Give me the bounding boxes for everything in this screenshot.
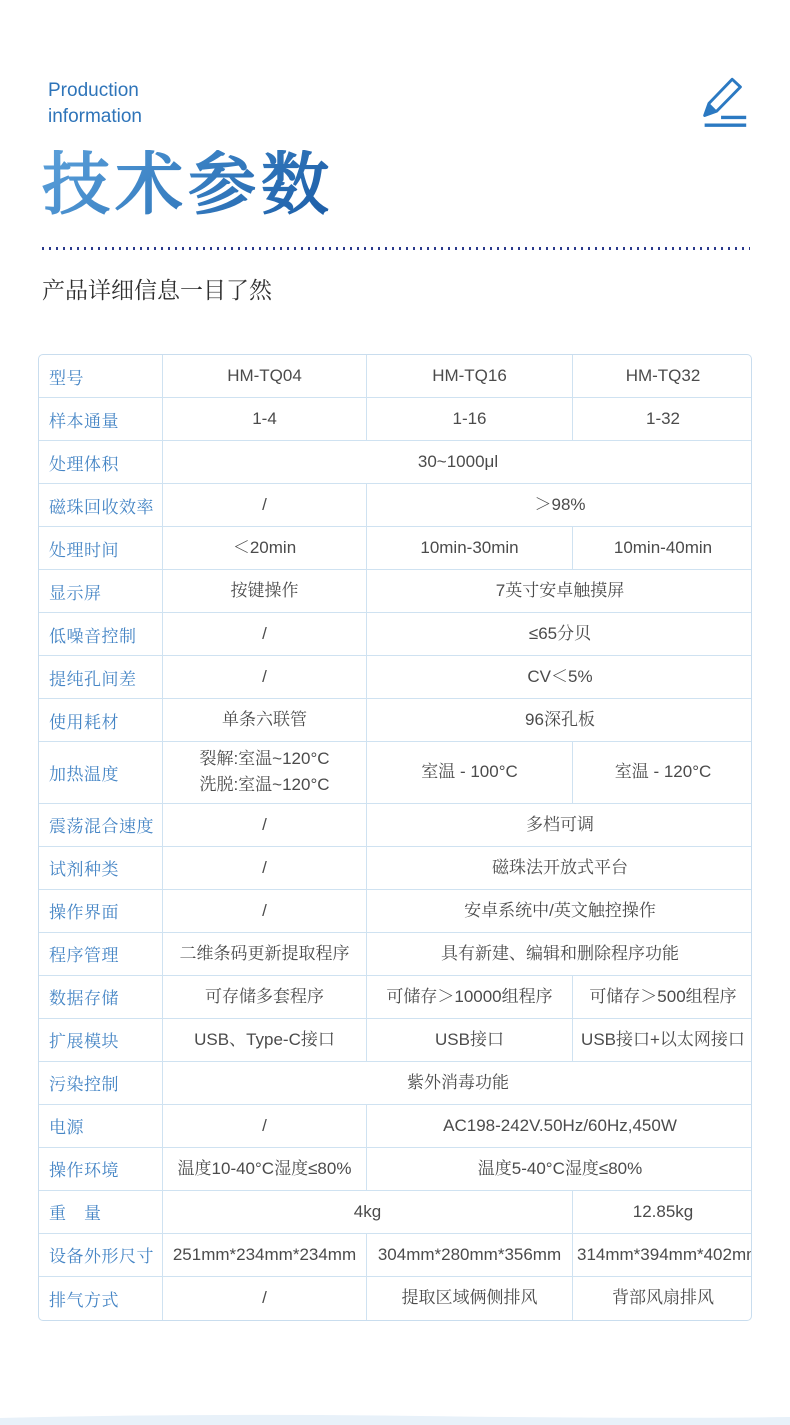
row-label: 试剂种类 [39,847,163,890]
row-value: 多档可调 [367,804,752,847]
row-value: AC198-242V.50Hz/60Hz,450W [367,1105,752,1148]
row-value: 7英寸安卓触摸屏 [367,570,752,613]
row-label: 数据存储 [39,976,163,1019]
table-row: 型号HM-TQ04HM-TQ16HM-TQ32 [39,355,752,398]
row-label: 电源 [39,1105,163,1148]
table-row: 使用耗材单条六联管96深孔板 [39,699,752,742]
row-value: 紫外消毒功能 [163,1062,752,1105]
row-value: 温度5-40°C湿度≤80% [367,1148,752,1191]
table-row: 重 量4kg12.85kg [39,1191,752,1234]
row-value: 可存储多套程序 [163,976,367,1019]
row-value: 背部风扇排风 [573,1277,752,1320]
table-row: 提纯孔间差/CV＜5% [39,656,752,699]
row-label: 磁珠回收效率 [39,484,163,527]
row-label: 操作环境 [39,1148,163,1191]
row-label: 污染控制 [39,1062,163,1105]
row-value: HM-TQ32 [573,355,752,398]
row-value: / [163,484,367,527]
row-value: 室温 - 120°C [573,742,752,804]
row-value: / [163,656,367,699]
row-value: 10min-30min [367,527,573,570]
row-label: 处理体积 [39,441,163,484]
table-row: 电源/AC198-242V.50Hz/60Hz,450W [39,1105,752,1148]
row-value: 1-4 [163,398,367,441]
table-row: 污染控制紫外消毒功能 [39,1062,752,1105]
row-value: / [163,613,367,656]
row-value: 具有新建、编辑和删除程序功能 [367,933,752,976]
row-value: 单条六联管 [163,699,367,742]
row-value: 可储存＞10000组程序 [367,976,573,1019]
table-row: 扩展模块USB、Type-C接口USB接口USB接口+以太网接口 [39,1019,752,1062]
eyebrow-line-1: Production [48,78,750,104]
row-value: 二维条码更新提取程序 [163,933,367,976]
table-row: 磁珠回收效率/＞98% [39,484,752,527]
table-row: 试剂种类/磁珠法开放式平台 [39,847,752,890]
row-value: 裂解:室温~120°C 洗脱:室温~120°C [163,742,367,804]
row-value: ≤65分贝 [367,613,752,656]
table-row: 操作界面/安卓系统中/英文触控操作 [39,890,752,933]
row-value: 磁珠法开放式平台 [367,847,752,890]
row-value: 314mm*394mm*402mm [573,1234,752,1277]
table-row: 设备外形尺寸251mm*234mm*234mm304mm*280mm*356mm… [39,1234,752,1277]
row-value: 10min-40min [573,527,752,570]
table-row: 数据存储可存储多套程序可储存＞10000组程序可储存＞500组程序 [39,976,752,1019]
page-title: 技术参数 [42,150,334,221]
row-value: / [163,1105,367,1148]
pencil-underline-icon [692,72,754,130]
row-value: ＜20min [163,527,367,570]
eyebrow-line-2: information [48,104,750,130]
row-value: HM-TQ16 [367,355,573,398]
row-label: 使用耗材 [39,699,163,742]
row-label: 样本通量 [39,398,163,441]
row-label: 扩展模块 [39,1019,163,1062]
row-value: / [163,847,367,890]
row-label: 重 量 [39,1191,163,1234]
row-label: 震荡混合速度 [39,804,163,847]
product-spec-page: { "header": { "eyebrow_line1": "Producti… [0,0,790,1425]
row-value: 安卓系统中/英文触控操作 [367,890,752,933]
row-value: 4kg [163,1191,573,1234]
row-label: 型号 [39,355,163,398]
row-value: 1-16 [367,398,573,441]
table-row: 震荡混合速度/多档可调 [39,804,752,847]
row-value: 251mm*234mm*234mm [163,1234,367,1277]
row-label: 操作界面 [39,890,163,933]
row-value: 按键操作 [163,570,367,613]
table-row: 处理时间＜20min10min-30min10min-40min [39,527,752,570]
table-row: 处理体积30~1000μl [39,441,752,484]
table-row: 加热温度裂解:室温~120°C 洗脱:室温~120°C室温 - 100°C室温 … [39,742,752,804]
table-row: 程序管理二维条码更新提取程序具有新建、编辑和删除程序功能 [39,933,752,976]
row-label: 处理时间 [39,527,163,570]
row-label: 程序管理 [39,933,163,976]
dotted-separator [42,247,750,250]
row-value: USB、Type-C接口 [163,1019,367,1062]
page-subtitle: 产品详细信息一目了然 [42,272,750,305]
row-value: 30~1000μl [163,441,752,484]
row-label: 加热温度 [39,742,163,804]
table-row: 排气方式/提取区域俩侧排风背部风扇排风 [39,1277,752,1320]
row-value: USB接口 [367,1019,573,1062]
row-value: 室温 - 100°C [367,742,573,804]
row-label: 排气方式 [39,1277,163,1320]
row-value: 提取区域俩侧排风 [367,1277,573,1320]
row-label: 设备外形尺寸 [39,1234,163,1277]
row-value: 12.85kg [573,1191,752,1234]
row-value: / [163,890,367,933]
page-header: Production information 技术参数 产品详细信息一目了然 [0,0,790,305]
row-value: 温度10-40°C湿度≤80% [163,1148,367,1191]
table-row: 样本通量1-41-161-32 [39,398,752,441]
row-label: 低噪音控制 [39,613,163,656]
row-value: 1-32 [573,398,752,441]
row-label: 显示屏 [39,570,163,613]
row-value: ＞98% [367,484,752,527]
row-value: 96深孔板 [367,699,752,742]
spec-table: 型号HM-TQ04HM-TQ16HM-TQ32样本通量1-41-161-32处理… [38,354,752,1321]
row-value: 304mm*280mm*356mm [367,1234,573,1277]
row-value: / [163,804,367,847]
row-label: 提纯孔间差 [39,656,163,699]
row-value: CV＜5% [367,656,752,699]
row-value: HM-TQ04 [163,355,367,398]
row-value: 可储存＞500组程序 [573,976,752,1019]
table-row: 操作环境温度10-40°C湿度≤80%温度5-40°C湿度≤80% [39,1148,752,1191]
spec-table-body: 型号HM-TQ04HM-TQ16HM-TQ32样本通量1-41-161-32处理… [39,355,752,1320]
eyebrow-text: Production information [48,78,750,130]
table-row: 显示屏按键操作7英寸安卓触摸屏 [39,570,752,613]
row-value: USB接口+以太网接口 [573,1019,752,1062]
table-row: 低噪音控制/≤65分贝 [39,613,752,656]
bottom-wave-decoration [0,1411,790,1425]
row-value: / [163,1277,367,1320]
